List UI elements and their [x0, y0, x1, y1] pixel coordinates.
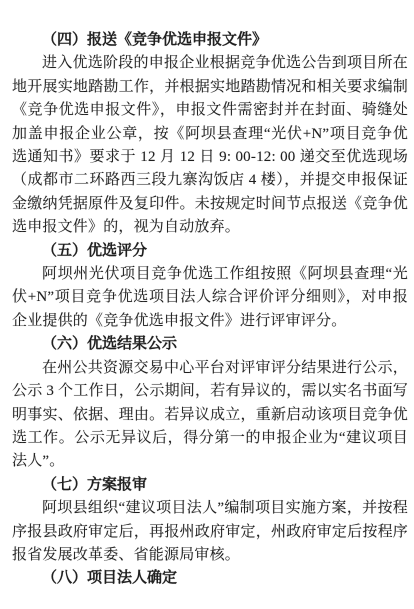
section-8-legal-entity-confirmation: （八）项目法人确定	[12, 567, 408, 590]
section-paragraph: 阿坝州光伏项目竞争优选工作组按照《阿坝县查理“光伏+N”项目竞争优选项目法人综合…	[12, 263, 408, 333]
section-6-result-publicity: （六）优选结果公示 在州公共资源交易中心平台对评审评分结果进行公示，公示 3 个…	[12, 333, 408, 473]
section-paragraph: 阿坝县组织“建议项目法人”编制项目实施方案，并按程序报县政府审定后，再报州政府审…	[12, 497, 408, 567]
section-4-submit-application-documents: （四）报送《竞争优选申报文件》 进入优选阶段的申报企业根据竞争优选公告到项目所在…	[12, 29, 408, 240]
section-5-selection-scoring: （五）优选评分 阿坝州光伏项目竞争优选工作组按照《阿坝县查理“光伏+N”项目竞争…	[12, 240, 408, 334]
section-heading: （七）方案报审	[12, 474, 408, 497]
section-paragraph: 在州公共资源交易中心平台对评审评分结果进行公示，公示 3 个工作日，公示期间，若…	[12, 357, 408, 474]
section-7-plan-review: （七）方案报审 阿坝县组织“建议项目法人”编制项目实施方案，并按程序报县政府审定…	[12, 474, 408, 568]
section-paragraph: 进入优选阶段的申报企业根据竞争优选公告到项目所在地开展实地踏勘工作，并根据实地踏…	[12, 52, 408, 239]
section-heading: （八）项目法人确定	[12, 567, 408, 590]
section-heading: （六）优选结果公示	[12, 333, 408, 356]
document-page: （四）报送《竞争优选申报文件》 进入优选阶段的申报企业根据竞争优选公告到项目所在…	[0, 0, 414, 609]
section-heading: （四）报送《竞争优选申报文件》	[12, 29, 408, 52]
section-heading: （五）优选评分	[12, 240, 408, 263]
